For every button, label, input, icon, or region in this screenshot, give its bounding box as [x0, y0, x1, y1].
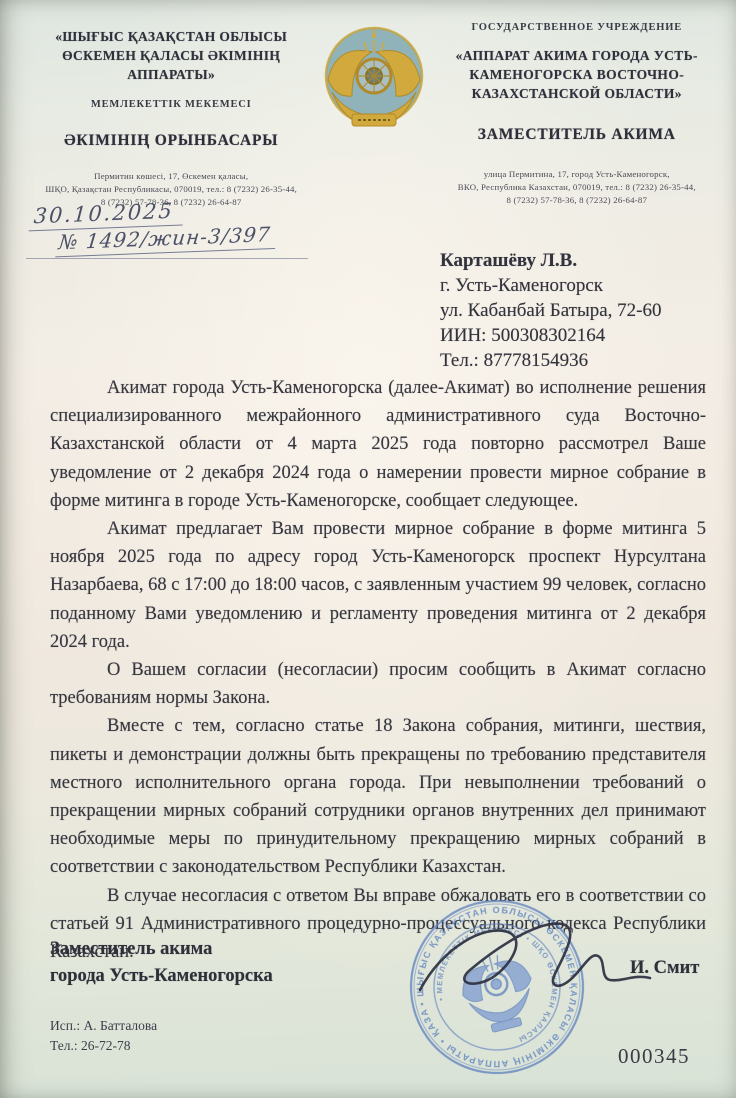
org-type-kz: МЕМЛЕКЕТТІК МЕКЕМЕСІ	[22, 99, 320, 110]
signatory-position-line1: Заместитель акима	[50, 936, 273, 963]
executor-phone: Тел.: 26-72-78	[50, 1036, 157, 1056]
address-kz-line1: Пермитин көшесі, 17, Өскемен қаласы,	[22, 170, 320, 183]
recipient-street: ул. Кабанбай Батыра, 72-60	[440, 298, 720, 323]
paragraph-4: Вместе с тем, согласно статье 18 Закона …	[50, 712, 706, 881]
recipient-city: г. Усть-Каменогорск	[440, 273, 720, 298]
scanned-letter-page: «ШЫҒЫС ҚАЗАҚСТАН ОБЛЫСЫ ӨСКЕМЕН ҚАЛАСЫ Ә…	[0, 0, 736, 1098]
position-title-kz: ӘКІМІНІҢ ОРЫНБАСАРЫ	[22, 132, 320, 150]
signatory-position-block: Заместитель акима города Усть-Каменогорс…	[50, 936, 273, 990]
address-ru-line2: ВКО, Республика Казахстан, 070019, тел.:…	[428, 181, 726, 194]
handwritten-signature	[412, 918, 662, 1008]
letter-body: Акимат города Усть-Каменогорска (далее-А…	[50, 374, 706, 966]
address-ru: улица Пермитина, 17, город Усть-Каменого…	[428, 168, 726, 208]
recipient-block: Карташёву Л.В. г. Усть-Каменогорск ул. К…	[440, 248, 720, 373]
signatory-position-line2: города Усть-Каменогорска	[50, 963, 273, 990]
outgoing-reference-line: 30.10.2025№ 1492/жин-3/397	[29, 192, 361, 259]
form-serial-number: 000345	[618, 1044, 690, 1069]
state-emblem-container	[320, 16, 427, 209]
paragraph-3: О Вашем согласии (несогласии) просим соо…	[50, 656, 706, 712]
signer-name: И. Смит	[630, 958, 699, 979]
org-type-ru: ГОСУДАРСТВЕННОЕ УЧРЕЖДЕНИЕ	[428, 22, 726, 33]
kazakhstan-emblem-icon	[322, 18, 426, 144]
paragraph-1: Акимат города Усть-Каменогорска (далее-А…	[50, 374, 706, 515]
letterhead: «ШЫҒЫС ҚАЗАҚСТАН ОБЛЫСЫ ӨСКЕМЕН ҚАЛАСЫ Ә…	[0, 16, 736, 209]
executor-block: Исп.: А. Батталова Тел.: 26-72-78	[50, 1016, 157, 1057]
org-name-ru: «АППАРАТ АКИМА ГОРОДА УСТЬ-КАМЕНОГОРСКА …	[428, 47, 726, 104]
recipient-iin: ИИН: 500308302164	[440, 323, 720, 348]
letterhead-kazakh-column: «ШЫҒЫС ҚАЗАҚСТАН ОБЛЫСЫ ӨСКЕМЕН ҚАЛАСЫ Ә…	[22, 16, 320, 209]
address-ru-line1: улица Пермитина, 17, город Усть-Каменого…	[428, 168, 726, 181]
position-title-ru: ЗАМЕСТИТЕЛЬ АКИМА	[428, 126, 726, 144]
letterhead-russian-column: ГОСУДАРСТВЕННОЕ УЧРЕЖДЕНИЕ «АППАРАТ АКИМ…	[428, 16, 726, 209]
paragraph-2: Акимат предлагает Вам провести мирное со…	[50, 515, 706, 656]
recipient-phone: Тел.: 87778154936	[440, 348, 720, 373]
executor-name: Исп.: А. Батталова	[50, 1016, 157, 1036]
reference-blank-underline	[26, 258, 308, 259]
address-ru-line3: 8 (7232) 57-78-36, 8 (7232) 26-64-87	[428, 194, 726, 207]
org-name-kz: «ШЫҒЫС ҚАЗАҚСТАН ОБЛЫСЫ ӨСКЕМЕН ҚАЛАСЫ Ә…	[22, 28, 320, 85]
recipient-name: Карташёву Л.В.	[440, 248, 720, 273]
